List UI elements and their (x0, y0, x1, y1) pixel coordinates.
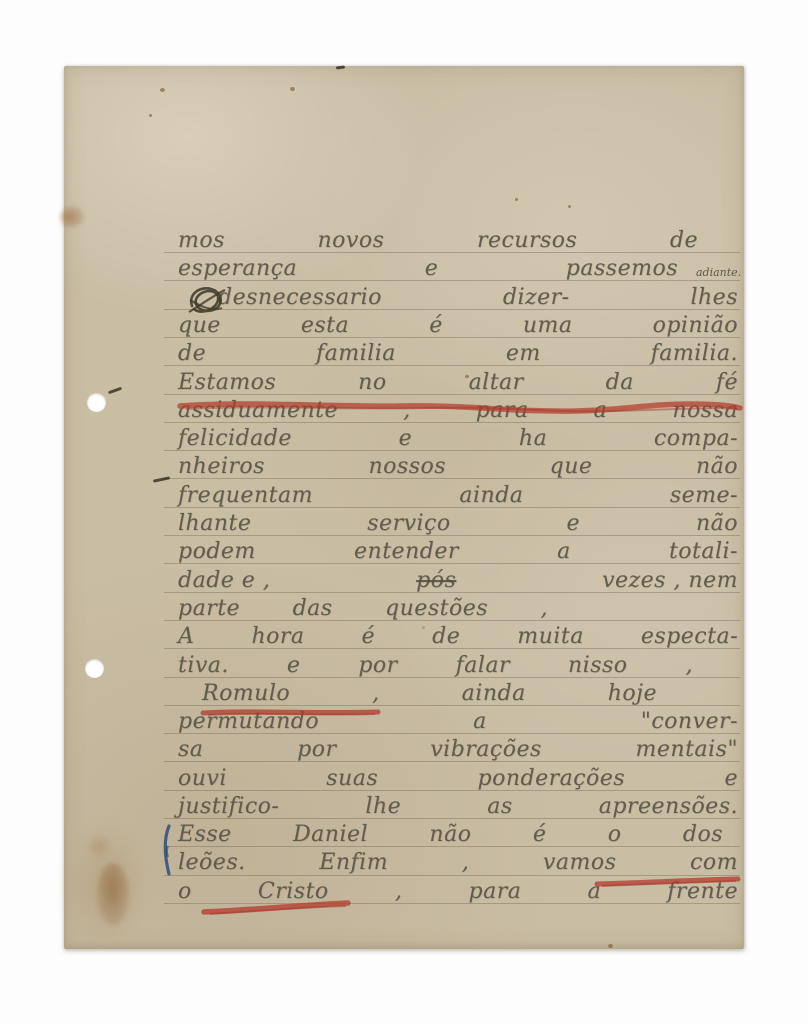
handwritten-line-7: assiduamente , para a nossa (178, 396, 738, 426)
line-13-pre: dade e , (178, 566, 270, 596)
handwritten-line-15: A hora é de muita especta- (178, 622, 738, 652)
scan-background: mos novos recursos de esperança e passem… (0, 0, 808, 1024)
handwritten-line-1: mos novos recursos de (178, 226, 698, 256)
punch-hole (87, 393, 106, 412)
line-13-post: vezes , nem (602, 566, 738, 596)
foxing-speck (515, 198, 518, 201)
handwritten-line-10: frequentam ainda seme- (178, 481, 738, 511)
pencil-mark (336, 65, 345, 69)
handwritten-line-12: podem entender a totali- (178, 537, 738, 567)
handwritten-line-16: tiva. e por falar nisso , (178, 651, 693, 681)
foxing-speck (160, 88, 165, 92)
handwritten-line-18: permutando a "conver- (178, 707, 738, 737)
foxing-speck (608, 944, 613, 948)
paper-sheet: mos novos recursos de esperança e passem… (64, 66, 744, 949)
handwritten-line-13: dade e , pós vezes , nem (178, 566, 738, 596)
handwritten-line-9: nheiros nossos que não (178, 452, 738, 482)
handwritten-line-3: desnecessario dizer- lhes (218, 283, 738, 313)
foxing-speck (568, 205, 571, 208)
stain (86, 834, 112, 858)
foxing-speck (149, 114, 152, 117)
pencil-mark (108, 387, 122, 395)
handwritten-line-19: sa por vibrações mentais" (178, 735, 738, 765)
handwritten-line-2: esperança e passemos (178, 254, 678, 284)
stain (97, 863, 129, 925)
handwritten-line-5: de familia em familia. (178, 339, 738, 369)
handwritten-line-17: Romulo , ainda hoje (202, 679, 657, 709)
handwritten-line-4: que esta é uma opinião (178, 311, 738, 341)
foxing-speck (290, 87, 295, 91)
stain (60, 206, 84, 228)
handwritten-line-11: lhante serviço e não (178, 509, 738, 539)
handwritten-line-23: leões. Enfim , vamos com (178, 848, 738, 878)
handwritten-line-14: parte das questões , (178, 594, 548, 624)
handwritten-line-6: Estamos no altar da fé (178, 368, 738, 398)
pencil-mark (153, 476, 170, 482)
handwritten-line-21: justifico- lhe as apreensões. (178, 792, 738, 822)
punch-hole (85, 659, 104, 678)
interline-note: adiante. (696, 266, 741, 279)
handwritten-line-8: felicidade e ha compa- (178, 424, 738, 454)
handwritten-line-22: Esse Daniel não é o dos (178, 820, 723, 850)
blue-margin-mark (160, 824, 174, 882)
line-13-struck-word: pós (416, 566, 456, 596)
handwritten-line-24: o Cristo , para a frente (178, 877, 738, 907)
handwritten-line-20: ouvi suas ponderações e (178, 764, 738, 794)
